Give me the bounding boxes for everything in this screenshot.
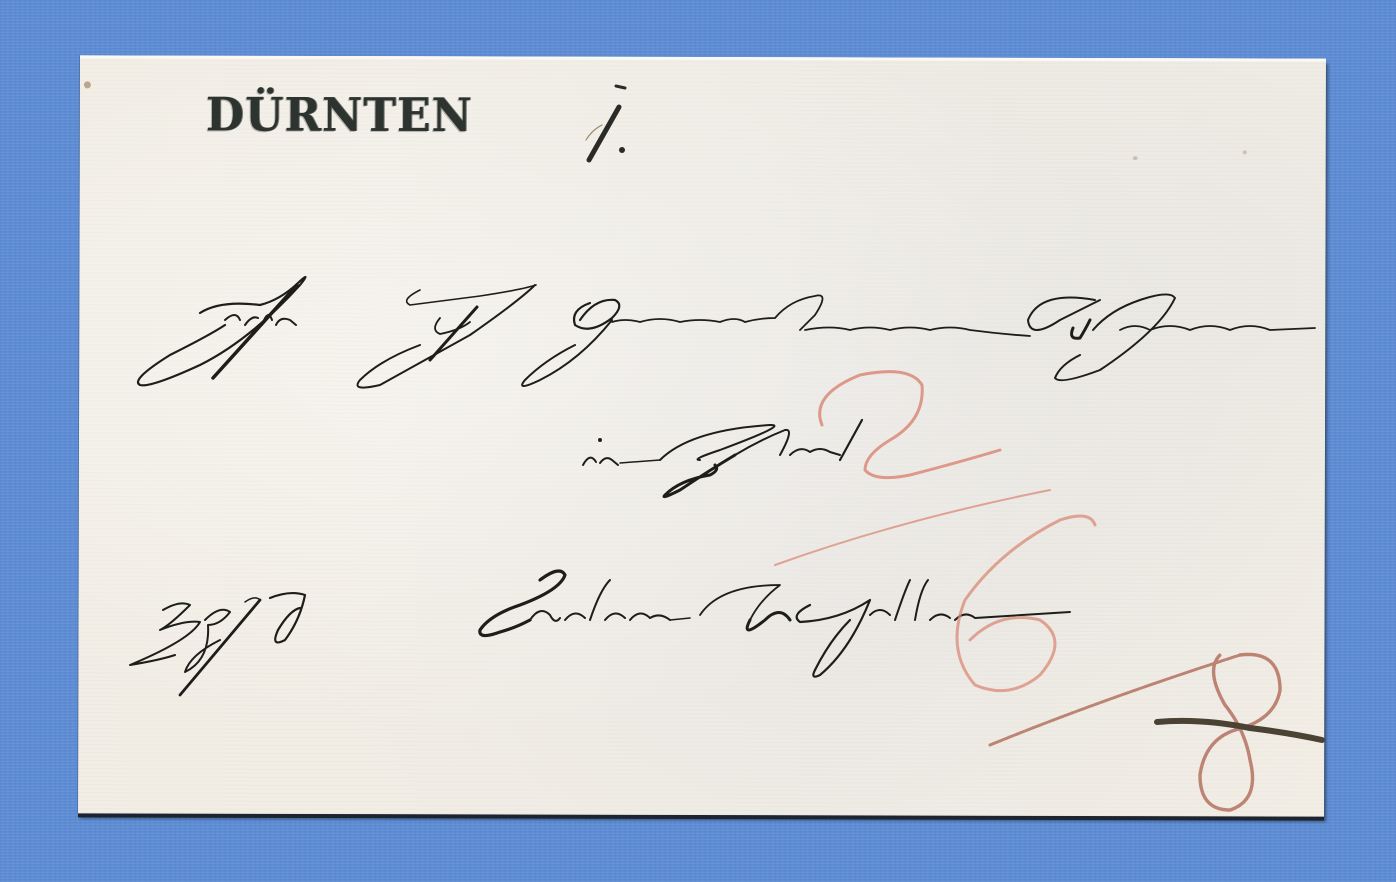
address-text: Herrn Hr. Gemeindammann Schmied in Ebnat… [0, 0, 1, 1]
paper-stain [1133, 156, 1138, 160]
paper-stain [1243, 150, 1247, 154]
postmark-durnten: DÜRNTEN [206, 88, 473, 142]
paper-stain [84, 81, 91, 88]
address-line-1-text: Herrn Hr. Gemeindammann Schmied [0, 0, 1, 1]
postal-cover: DÜRNTEN [78, 55, 1326, 816]
cover-top-edge [80, 55, 1326, 61]
